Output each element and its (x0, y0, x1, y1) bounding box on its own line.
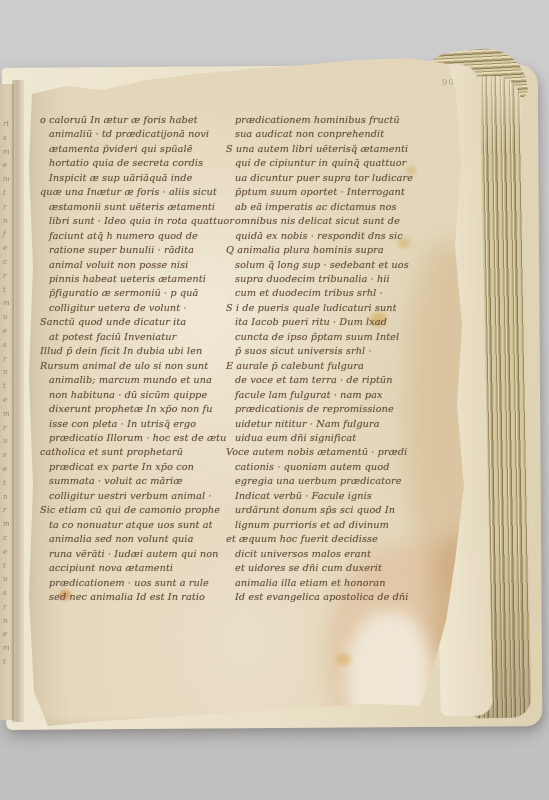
manuscript-line: egregia una uerbum prædicatore (226, 475, 436, 489)
manuscript-line: prædicat ex parte In xp̄o con (40, 461, 232, 475)
photo-background: rt s m e iu t r n f e c r t m u e s r n … (0, 0, 549, 800)
text-column-left: o caloruū In ætur æ foris habetanimaliū … (40, 114, 232, 605)
manuscript-line: non habituna · dū sicūm quippe (40, 389, 232, 403)
manuscript-line: Q animalia plura hominis supra (226, 244, 436, 258)
manuscript-line: runa vērāti · Iudæi autem qui non (40, 548, 232, 562)
manuscript-line: animaliū · td prædicatijonā novi (40, 128, 232, 142)
manuscript-line: prædicationem · uos sunt a rule (40, 577, 232, 591)
manuscript-line: uidua eum dn̄i significat (226, 432, 436, 446)
manuscript-line: prædicationem hominibus fructū (226, 114, 436, 128)
manuscript-line: Voce autem nobis ætamentū · prædi (226, 446, 436, 460)
manuscript-line: lignum purrioris et ad divinum (226, 519, 436, 533)
manuscript-line: Sic etiam cū qui de camonio prophe (40, 504, 232, 518)
manuscript-line: Inspicit æ sup uāriāquā inde (40, 172, 232, 186)
manuscript-line: S i de pueris quale ludicaturi sunt (226, 302, 436, 316)
stain-light-band (346, 612, 430, 748)
manuscript-line: cum et duodecim tribus srhl · (226, 287, 436, 301)
manuscript-line: animalia illa etiam et honoran (226, 577, 436, 591)
manuscript-line: Indicat verbū · Facule ignis (226, 490, 436, 504)
manuscript-line: ratione super bunulii · rādita (40, 244, 232, 258)
manuscript-line: ita Iacob pueri ritu · Dum lxad (226, 316, 436, 330)
manuscript-line: faciunt atq̄ h numero quod de (40, 230, 232, 244)
manuscript-line: p̄figuratio æ sermoniū · p quā (40, 287, 232, 301)
manuscript-line: urdārunt donum sp̄s sci quod In (226, 504, 436, 518)
manuscript-line: accipiunt nova ætamenti (40, 562, 232, 576)
manuscript-line: animal voluit non posse nisi (40, 259, 232, 273)
text-column-right: prædicationem hominibus fructūsua audica… (226, 114, 436, 605)
gutter-crease (12, 80, 24, 722)
manuscript-line: quæ una Inætur æ foris · aliis sicut (40, 186, 232, 200)
manuscript-line: at potest faciū Inveniatur (40, 331, 232, 345)
manuscript-line: dicit universos malos erant (226, 548, 436, 562)
manuscript-line: isse con pleta · In utrisq̄ ergo (40, 418, 232, 432)
manuscript-line: sua audicat non conprehendit (226, 128, 436, 142)
manuscript-line: de voce et tam terra · de riptūn (226, 374, 436, 388)
manuscript-line: et æquum hoc fuerit decidisse (226, 533, 436, 547)
manuscript-line: et uidores se dn̄i cum duxerit (226, 562, 436, 576)
manuscript-line: libri sunt · Ideo quia in rota quattuor (40, 215, 232, 229)
manuscript-line: ab eā imperatis ac dictamus nos (226, 201, 436, 215)
manuscript-line: animalia sed non volunt quia (40, 533, 232, 547)
manuscript-line: colligitur uestri verbum animal · (40, 490, 232, 504)
manuscript-line: catholica et sunt prophetarū (40, 446, 232, 460)
manuscript-line: ta co nonuatur atque uos sunt at (40, 519, 232, 533)
manuscript-line: p̄ suos sicut universis srhl · (226, 345, 436, 359)
parchment-page: 90 o caloruū In ætur æ foris habetanimal… (18, 56, 470, 732)
manuscript-line: uidetur nititur · Nam fulgura (226, 418, 436, 432)
manuscript-line: colligitur uetera de volunt · (40, 302, 232, 316)
manuscript-line: prædicatio Illorum · hoc est de ætu (40, 432, 232, 446)
manuscript-line: ua dicuntur puer supra tor ludicare (226, 172, 436, 186)
manuscript-line: summata · voluit ac māriæ (40, 475, 232, 489)
manuscript-line: qui de cipiuntur in quinq̄ quattuor (226, 157, 436, 171)
manuscript-line: facule lam fulgurat · nam pax (226, 389, 436, 403)
manuscript-line: ætamenta p̄videri qui spūalē (40, 143, 232, 157)
manuscript-line: cuncta de ipso p̄ptam suum Intel (226, 331, 436, 345)
manuscript-line: Id est evangelica apostolica de dn̄i (226, 591, 436, 605)
manuscript-line: S una autem libri uēterisq̄ ætamenti (226, 143, 436, 157)
manuscript-line: æstamonii sunt uēteris ætamenti (40, 201, 232, 215)
manuscript-line: Sanctū quod unde dicatur ita (40, 316, 232, 330)
manuscript-line: E aurale p̄ calebunt fulgura (226, 360, 436, 374)
manuscript-line: quidā ex nobis · respondit dns sic (226, 230, 436, 244)
manuscript-line: omnibus nis delicat sicut sunt de (226, 215, 436, 229)
manuscript-line: hortatio quia de secreta cordis (40, 157, 232, 171)
manuscript-line: o caloruū In ætur æ foris habet (40, 114, 232, 128)
manuscript-line: animalib; marcum mundo et una (40, 374, 232, 388)
manuscript-line: Illud p̄ dein ficit In dubia ubi len (40, 345, 232, 359)
manuscript-line: solum q̄ long sup · sedebant et uos (226, 259, 436, 273)
stain-spot (336, 654, 351, 665)
manuscript-line: p̄ptum suum oportet · Interrogant (226, 186, 436, 200)
manuscript-line: cationis · quoniam autem quod (226, 461, 436, 475)
manuscript-line: sed nec animalia Id est In ratio (40, 591, 232, 605)
manuscript-line: dixerunt prophetæ In xp̄o non fu (40, 403, 232, 417)
manuscript-line: supra duodecim tribunalia · hii (226, 273, 436, 287)
manuscript-line: Rursum animal de ulo si non sunt (40, 360, 232, 374)
manuscript-line: prædicationis de repromissione (226, 403, 436, 417)
manuscript-line: pinnis habeat ueteris ætamenti (40, 273, 232, 287)
